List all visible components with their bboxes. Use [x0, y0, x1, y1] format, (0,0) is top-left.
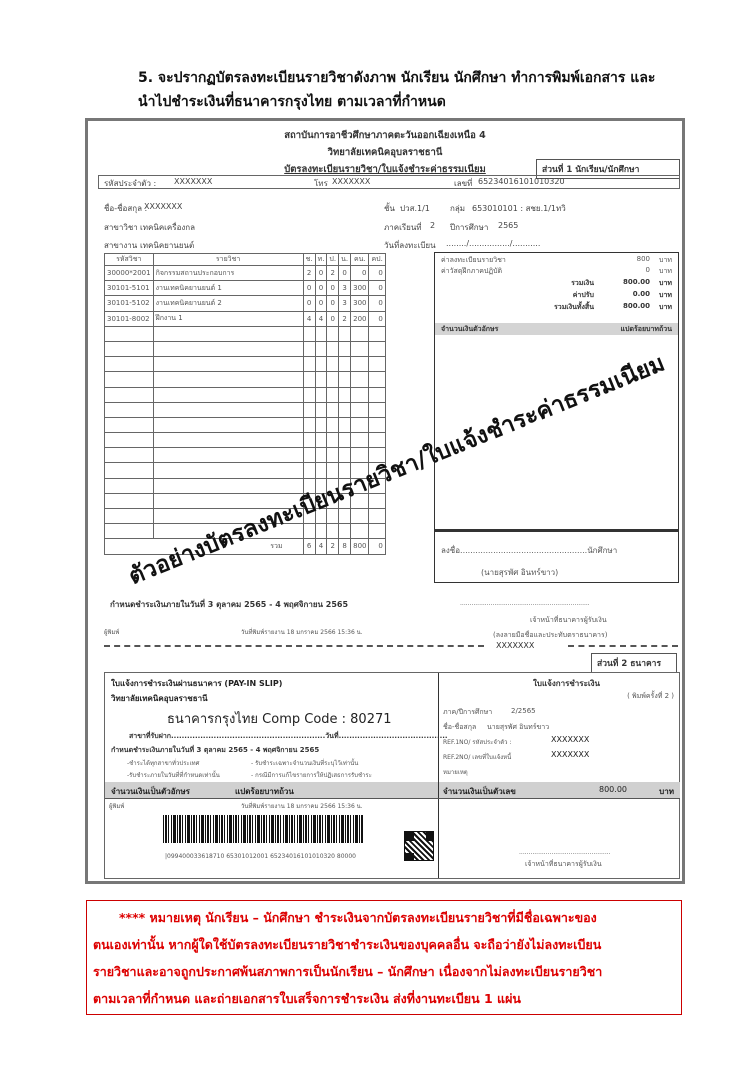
course-row: 30101-8002ฝึกงาน 144022000 [105, 311, 386, 326]
note-line-3: รายวิชาและอาจถูกประกาศพ้นสภาพการเป็นนักเ… [93, 958, 675, 985]
slip-words-label: จำนวนเงินเป็นตัวอักษร [111, 785, 190, 798]
note-line-1: **** หมายเหตุ นักเรียน – นักศึกษา ชำระเง… [119, 910, 597, 925]
doc-no-value: 65234016101010320 [478, 177, 565, 186]
sum-label: รวมเงิน [571, 278, 594, 289]
remark-label: หมายเหตุ [443, 767, 468, 777]
slip-college: วิทยาลัยเทคนิคอุบลราชธานี [111, 692, 208, 705]
major-value: เทคนิคเครื่องกล [140, 221, 195, 234]
bank-sign-note: (ลงลายมือชื่อและประทับตราธนาคาร) [493, 630, 607, 641]
course-cell: งานเทคนิคยานยนต์ 1 [153, 281, 303, 296]
course-cell: 3 [339, 281, 351, 296]
empty-course-row [105, 326, 386, 341]
empty-course-row [105, 417, 386, 432]
course-cell: 2 [339, 311, 351, 326]
column-header: คป. [369, 254, 385, 266]
year-value: 2565 [498, 221, 518, 230]
slip-name-value: นายสุรพัศ อินทร์ขาว [487, 722, 549, 733]
course-cell: 0 [327, 296, 339, 311]
slip-title: ใบแจ้งการชำระเงินผ่านธนาคาร (PAY-IN SLIP… [111, 677, 282, 690]
bank-officer-label: เจ้าหน้าที่ธนาคารผู้รับเงิน [530, 615, 607, 626]
reg-fee-value: 800 [637, 255, 650, 263]
term-label: ภาค/ปีการศึกษา [443, 707, 492, 718]
empty-course-row [105, 372, 386, 387]
course-cell: 300 [351, 296, 369, 311]
field-value: เทคนิคยานยนต์ [140, 239, 194, 252]
empty-course-row [105, 433, 386, 448]
ref1-label: REF.1NO/ รหัสประจำตัว : [443, 737, 511, 747]
material-fee-unit: บาท [659, 266, 672, 277]
course-cell: 0 [339, 266, 351, 281]
cut-line-right [568, 645, 678, 647]
course-row: 30101-5102งานเทคนิคยานยนต์ 200033000 [105, 296, 386, 311]
course-cell: 30101-5102 [105, 296, 154, 311]
total-cell: 4 [315, 539, 327, 554]
course-cell: งานเทคนิคยานยนต์ 2 [153, 296, 303, 311]
qr-code-icon [404, 831, 434, 861]
note-line-4: ตามเวลาที่กำหนด และถ่ายเอกสารใบเสร็จการช… [93, 985, 675, 1012]
reg-date-value: ......../................/........... [446, 239, 540, 248]
course-cell: 3 [339, 296, 351, 311]
level-value: ปวส.1/1 [400, 202, 430, 215]
print-count: ( พิมพ์ครั้งที่ 2 ) [627, 691, 674, 702]
column-header: รหัสวิชา [105, 254, 154, 266]
fine-unit: บาท [659, 290, 672, 301]
ref1-value: XXXXXXX [551, 735, 589, 744]
course-cell: 0 [315, 296, 327, 311]
amount-words-label: จำนวนเงินตัวอักษร [441, 324, 498, 335]
course-cell: 0 [369, 311, 385, 326]
slip-bank-compcode: ธนาคารกรุงไทย Comp Code : 80271 [167, 708, 392, 729]
warning-note: **** หมายเหตุ นักเรียน – นักศึกษา ชำระเง… [86, 900, 682, 1015]
course-cell: 2 [303, 266, 315, 281]
course-cell: 30101-8002 [105, 311, 154, 326]
major-label: สาขาวิชา [104, 221, 138, 234]
slip-right-panel: ใบแจ้งการชำระเงิน ( พิมพ์ครั้งที่ 2 ) ภา… [439, 673, 680, 878]
semester-value: 2 [430, 221, 435, 230]
printer-label: ผู้พิมพ์ [104, 627, 119, 637]
college-name: วิทยาลัยเทคนิคอุบลราชธานี [0, 145, 750, 160]
signature-line: ลงชื่อ..................................… [441, 544, 617, 557]
amount-label: จำนวนเงินเป็นตัวเลข [443, 785, 516, 798]
condition-4: - กรณีมีการแก้ไขรายการให้ปฏิเสธการรับชำร… [251, 770, 372, 780]
student-signature-box: ลงชื่อ..................................… [434, 530, 679, 583]
course-table-header: รหัสวิชารายวิชาช.ท.ป.น.คน.คป. [105, 254, 386, 266]
slip-printer-label: ผู้พิมพ์ [109, 801, 124, 811]
note-line-2: ตนเองเท่านั้น หากผู้ใดใช้บัตรลงทะเบียนรา… [93, 931, 675, 958]
total-cell: 800 [351, 539, 369, 554]
reg-fee-unit: บาท [659, 255, 672, 266]
name-label: ชื่อ-ชื่อสกุล : [104, 202, 147, 215]
course-cell: 0 [303, 296, 315, 311]
course-cell: 200 [351, 311, 369, 326]
slip-print-date: วันที่พิมพ์รายงาน 18 มกราคม 2566 15:36 น… [241, 801, 363, 811]
column-header: ท. [315, 254, 327, 266]
ref2-value: XXXXXXX [551, 750, 589, 759]
phone-label: โทร [314, 177, 328, 190]
empty-course-row [105, 402, 386, 417]
total-cell: 0 [369, 539, 385, 554]
grand-total-unit: บาท [659, 302, 672, 313]
pay-in-slip: ใบแจ้งการชำระเงินผ่านธนาคาร (PAY-IN SLIP… [104, 672, 680, 879]
course-cell: 2 [327, 266, 339, 281]
group-value: 653010101 : สชย.1/1ทวิ [472, 202, 566, 215]
course-cell: ฝึกงาน 1 [153, 311, 303, 326]
ref2-label: REF.2NO/ เลขที่ใบแจ้งหนี้ [443, 752, 511, 762]
course-cell: 0 [369, 266, 385, 281]
student-id-label: รหัสประจำตัว : [104, 177, 156, 190]
course-cell: 30000*2001 [105, 266, 154, 281]
cut-line-left [104, 645, 484, 647]
course-cell: 30101-5101 [105, 281, 154, 296]
empty-course-row [105, 341, 386, 356]
course-cell: 0 [369, 281, 385, 296]
slip-name-label: ชื่อ-ชื่อสกุล [443, 722, 476, 733]
year-label: ปีการศึกษา [450, 221, 488, 234]
level-label: ชั้น [384, 202, 395, 215]
barcode-text: |099400033618710 65301012001 65234016101… [165, 853, 356, 860]
group-label: กลุ่ม [450, 202, 465, 215]
column-header: น. [339, 254, 351, 266]
amount-value: 800.00 [599, 785, 627, 794]
institute-name: สถาบันการอาชีวศึกษาภาคตะวันออกเฉียงเหนือ… [0, 128, 750, 143]
bank-code: XXXXXXX [496, 641, 534, 650]
payment-barcode [163, 815, 363, 843]
course-cell: 4 [315, 311, 327, 326]
name-value: XXXXXXX [144, 202, 182, 211]
semester-label: ภาคเรียนที่ [384, 221, 422, 234]
fine-value: 0.00 [633, 290, 650, 298]
doc-no-label: เลขที่ [454, 177, 472, 190]
grand-total-value: 800.00 [623, 302, 650, 310]
total-cell: 6 [303, 539, 315, 554]
sum-value: 800.00 [623, 278, 650, 286]
course-row: 30000*2001กิจกรรมสถานประกอบการ202000 [105, 266, 386, 281]
instruction-text: 5. จะปรากฏบัตรลงทะเบียนรายวิชาดังภาพ นัก… [138, 66, 698, 114]
column-header: ป. [327, 254, 339, 266]
student-id-value: XXXXXXX [174, 177, 212, 186]
course-cell: 4 [303, 311, 315, 326]
print-date: วันที่พิมพ์รายงาน 18 มกราคม 2566 15:36 น… [241, 627, 363, 637]
slip-deadline: กำหนดชำระเงินภายในวันที่ 3 ตุลาคม 2565 -… [111, 745, 319, 756]
amount-unit: บาท [659, 785, 674, 798]
instruction-line-1: 5. จะปรากฏบัตรลงทะเบียนรายวิชาดังภาพ นัก… [138, 66, 698, 90]
slip-left-panel: ใบแจ้งการชำระเงินผ่านธนาคาร (PAY-IN SLIP… [105, 673, 439, 878]
slip-officer-label: เจ้าหน้าที่ธนาคารผู้รับเงิน [525, 859, 602, 870]
course-cell: 0 [369, 296, 385, 311]
slip-words-value: แปดร้อยบาทถ้วน [235, 785, 294, 798]
condition-3: -รับชำระภายในวันที่ที่กำหนดเท่านั้น [127, 770, 220, 780]
material-fee-label: ค่าวัสดุฝึกภาคปฏิบัติ [441, 266, 502, 277]
sum-unit: บาท [659, 278, 672, 289]
amount-words-value: แปดร้อยบาทถ้วน [620, 324, 672, 335]
column-header: คน. [351, 254, 369, 266]
course-cell: กิจกรรมสถานประกอบการ [153, 266, 303, 281]
course-row: 30101-5101งานเทคนิคยานยนต์ 100033000 [105, 281, 386, 296]
empty-course-row [105, 448, 386, 463]
branch-date-line: สาขาที่รับฝาก...........................… [129, 731, 448, 742]
course-cell: 0 [351, 266, 369, 281]
condition-2: - รับชำระเฉพาะจำนวนเงินที่ระบุไว้เท่านั้… [251, 758, 358, 768]
course-cell: 300 [351, 281, 369, 296]
part2-label: ส่วนที่ 2 ธนาคาร [591, 653, 677, 673]
term-value: 2/2565 [511, 707, 536, 715]
course-cell: 0 [327, 311, 339, 326]
instruction-line-2: นำไปชำระเงินที่ธนาคารกรุงไทย ตามเวลาที่ก… [138, 90, 698, 114]
empty-course-row [105, 357, 386, 372]
column-header: รายวิชา [153, 254, 303, 266]
field-label: สาขางาน [104, 239, 137, 252]
total-cell: 8 [339, 539, 351, 554]
fine-label: ค่าปรับ [573, 290, 594, 301]
course-cell: 0 [327, 281, 339, 296]
course-cell: 0 [315, 266, 327, 281]
column-header: ช. [303, 254, 315, 266]
reg-fee-label: ค่าลงทะเบียนรายวิชา [441, 255, 506, 266]
grand-total-label: รวมเงินทั้งสิ้น [554, 302, 594, 313]
officer-dots: ........................................… [519, 849, 611, 856]
reg-date-label: วันที่ลงทะเบียน [384, 239, 436, 252]
material-fee-value: 0 [646, 266, 650, 274]
slip-right-title: ใบแจ้งการชำระเงิน [533, 677, 600, 690]
total-cell: 2 [327, 539, 339, 554]
payment-deadline: กำหนดชำระเงินภายในวันที่ 3 ตุลาคม 2565 -… [110, 598, 348, 611]
phone-value: XXXXXXX [332, 177, 370, 186]
course-cell: 0 [303, 281, 315, 296]
course-cell: 0 [315, 281, 327, 296]
empty-course-row [105, 387, 386, 402]
signer-name: (นายสุรพัศ อินทร์ขาว) [481, 566, 558, 579]
condition-1: -ชำระได้ทุกสาขาทั่วประเทศ [127, 758, 199, 768]
bank-officer-dots: ........................................… [460, 600, 590, 607]
